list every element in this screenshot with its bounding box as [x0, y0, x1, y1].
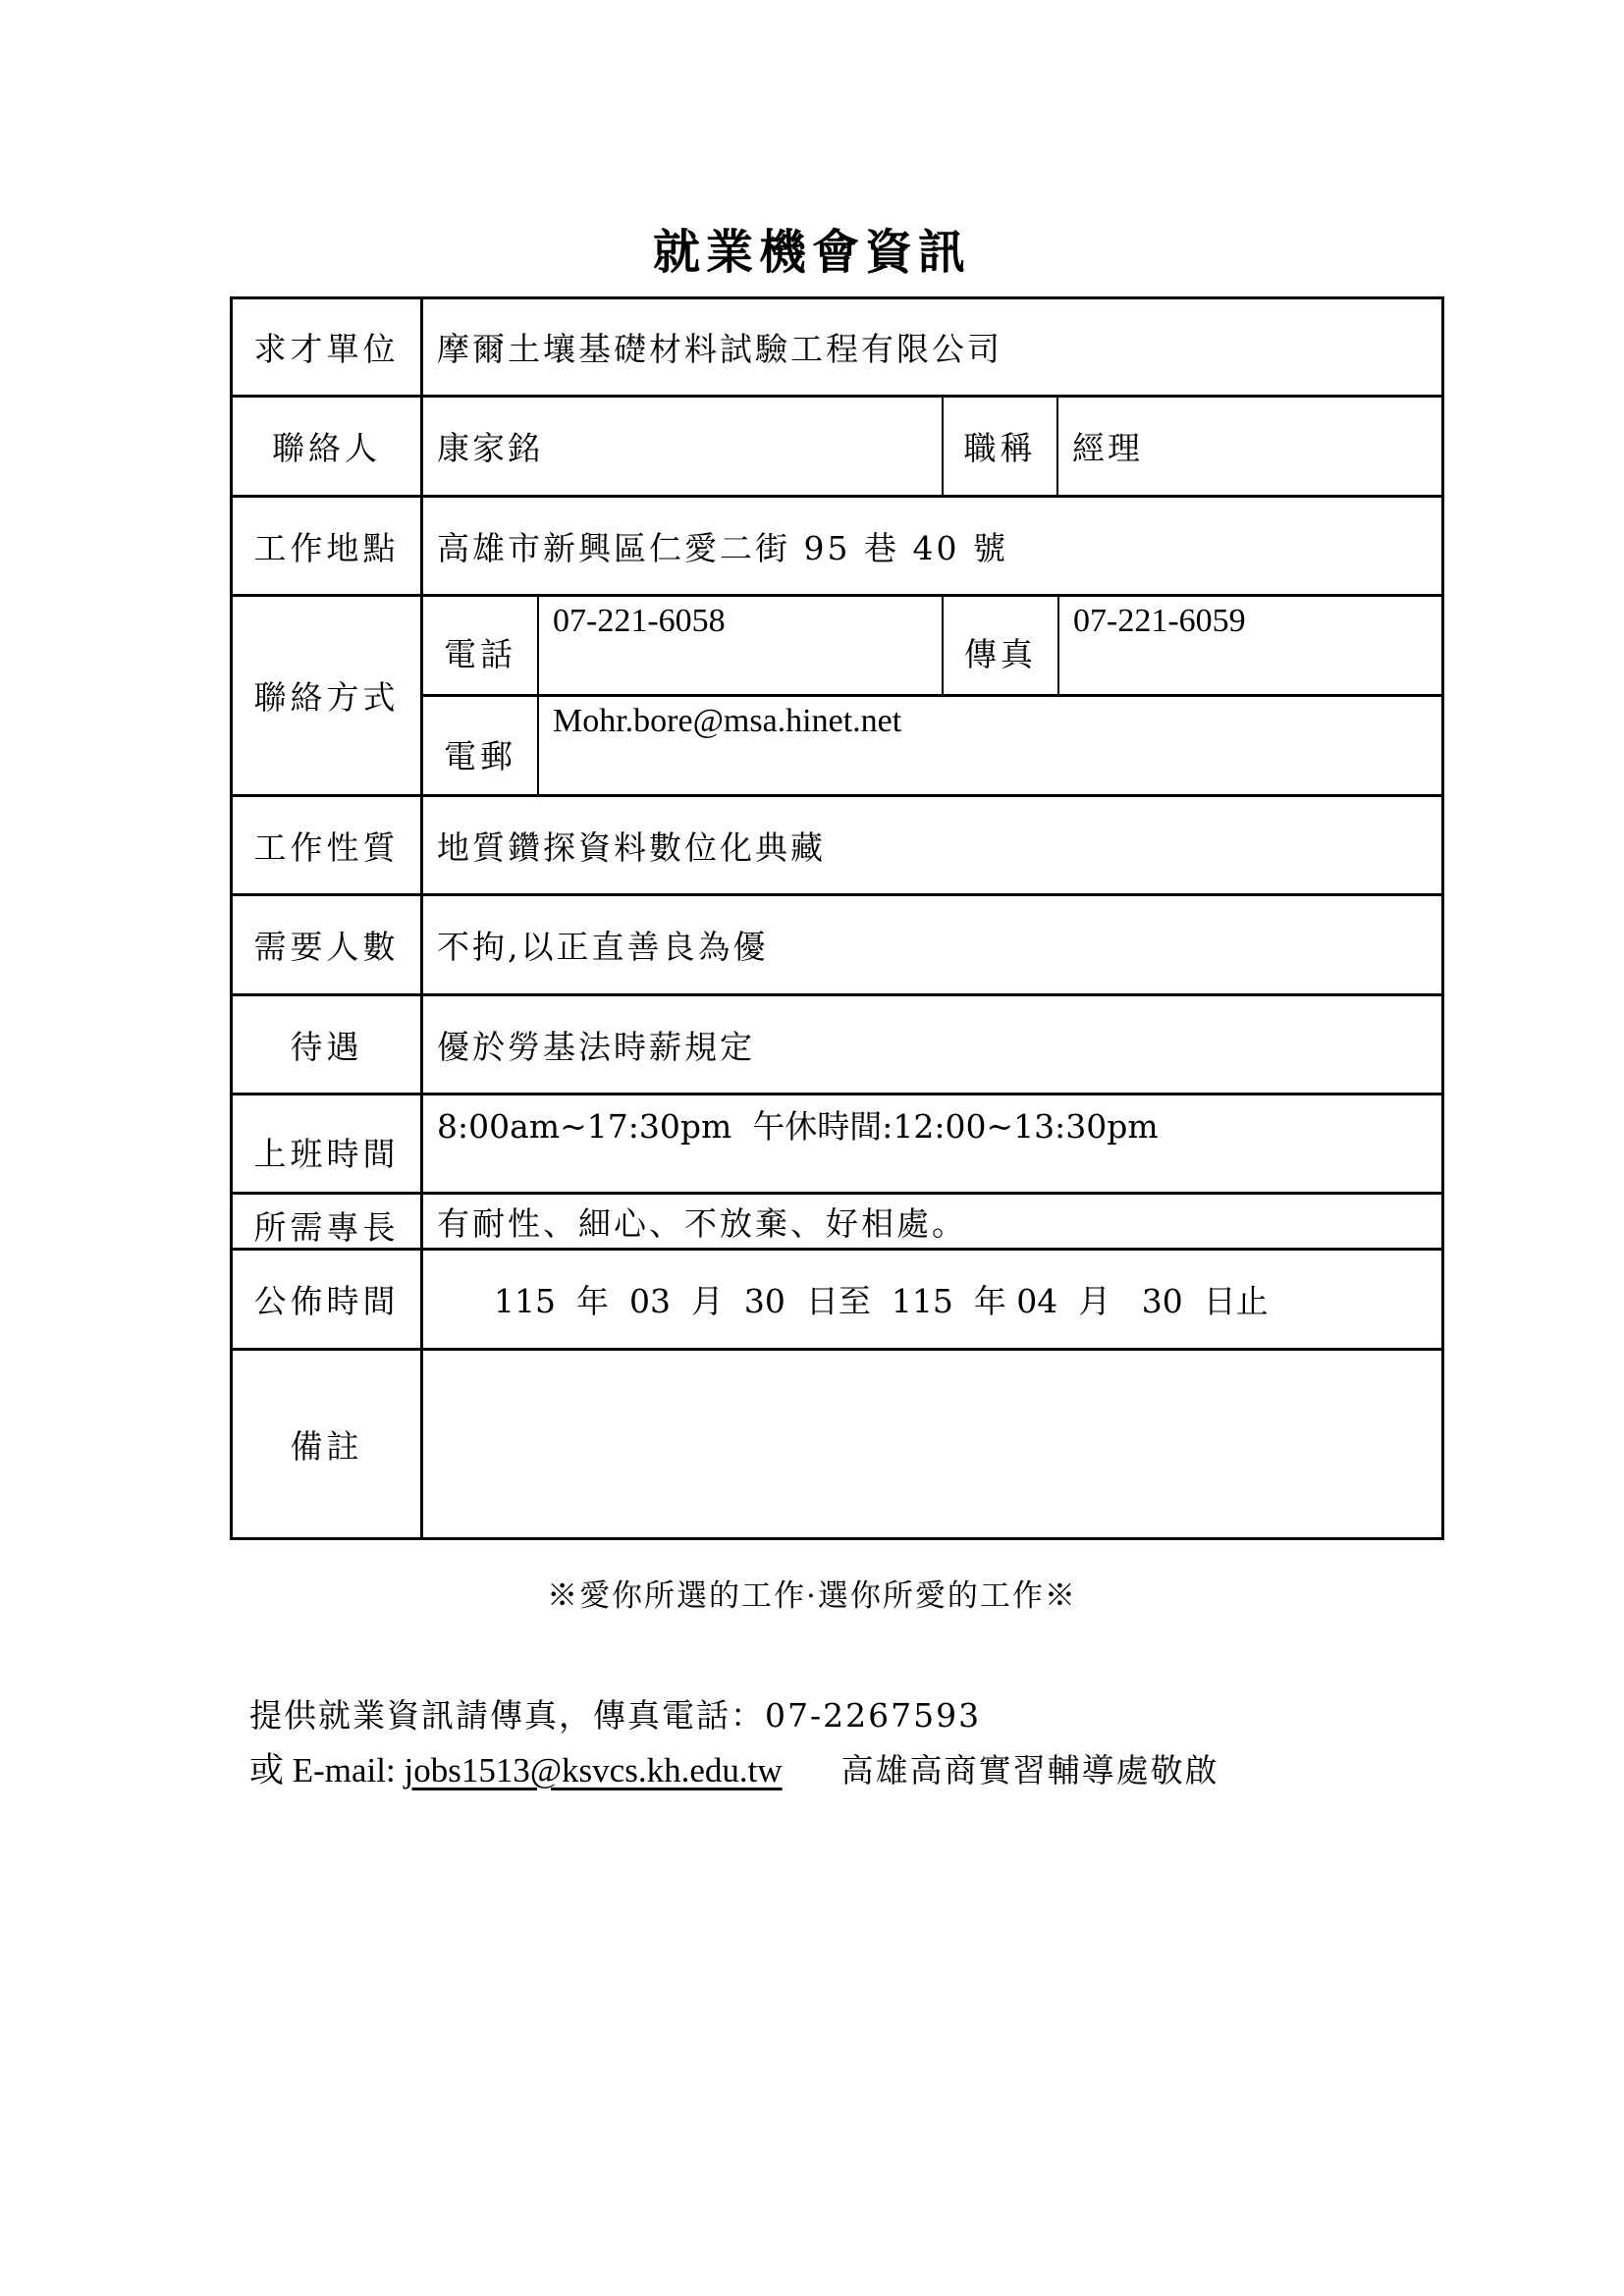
fax-instructions: 提供就業資訊請傳真，傳真電話：07-2267593 [249, 1690, 981, 1736]
label-salary: 待遇 [233, 996, 423, 1093]
value-job-title: 經理 [1058, 398, 1441, 495]
contact-email-link[interactable]: jobs1513@ksvcs.kh.edu.tw [404, 1751, 782, 1789]
value-fax: 07-221-6059 [1059, 597, 1441, 694]
value-skills: 有耐性、細心、不放棄、好相處。 [423, 1195, 1441, 1248]
value-salary: 優於勞基法時薪規定 [423, 996, 1441, 1093]
row-job-nature: 工作性質 地質鑽探資料數位化典藏 [233, 797, 1441, 896]
label-job-nature: 工作性質 [233, 797, 423, 893]
row-skills: 所需專長 有耐性、細心、不放棄、好相處。 [233, 1195, 1441, 1251]
value-phone: 07-221-6058 [539, 597, 944, 694]
value-headcount: 不拘,以正直善良為優 [423, 896, 1441, 993]
label-employer: 求才單位 [233, 299, 423, 395]
value-email[interactable]: Mohr.bore@msa.hinet.net [539, 697, 1441, 797]
row-headcount: 需要人數 不拘,以正直善良為優 [233, 896, 1441, 996]
value-location: 高雄市新興區仁愛二街 95 巷 40 號 [423, 498, 1441, 594]
label-headcount: 需要人數 [233, 896, 423, 993]
label-posting: 公佈時間 [233, 1251, 423, 1348]
row-contact-method: 聯絡方式 電話 07-221-6058 傳真 07-221-6059 電郵 Mo… [233, 597, 1441, 797]
subrow-email: 電郵 Mohr.bore@msa.hinet.net [423, 697, 1441, 797]
label-skills: 所需專長 [233, 1195, 423, 1248]
signature: 高雄高商實習輔導處敬啟 [841, 1751, 1219, 1789]
value-remarks [423, 1351, 1441, 1537]
row-posting: 公佈時間 115 年 03 月 30 日至 115 年 04 月 30 日止 [233, 1251, 1441, 1351]
label-hours: 上班時間 [233, 1095, 423, 1192]
value-hours: 8:00am~17:30pm 午休時間:12:00~13:30pm [423, 1095, 1441, 1192]
label-phone: 電話 [423, 597, 539, 694]
slogan: ※愛你所選的工作·選你所愛的工作※ [0, 1571, 1624, 1615]
row-employer: 求才單位 摩爾土壤基礎材料試驗工程有限公司 [233, 299, 1441, 398]
row-salary: 待遇 優於勞基法時薪規定 [233, 996, 1441, 1095]
page-title: 就業機會資訊 [0, 214, 1624, 282]
label-fax: 傳真 [944, 597, 1059, 694]
email-line: 或 E-mail: jobs1513@ksvcs.kh.edu.tw高雄高商實習… [249, 1743, 1477, 1792]
label-location: 工作地點 [233, 498, 423, 594]
row-location: 工作地點 高雄市新興區仁愛二街 95 巷 40 號 [233, 498, 1441, 597]
label-contact: 聯絡人 [233, 398, 423, 495]
subrow-phone-fax: 電話 07-221-6058 傳真 07-221-6059 [423, 597, 1441, 697]
email-prefix: 或 E-mail: [249, 1751, 404, 1789]
label-email: 電郵 [423, 697, 539, 797]
value-job-nature: 地質鑽探資料數位化典藏 [423, 797, 1441, 893]
label-job-title: 職稱 [944, 398, 1058, 495]
label-contact-method: 聯絡方式 [233, 597, 423, 794]
value-posting: 115 年 03 月 30 日至 115 年 04 月 30 日止 [423, 1251, 1441, 1348]
row-contact: 聯絡人 康家銘 職稱 經理 [233, 398, 1441, 498]
row-hours: 上班時間 8:00am~17:30pm 午休時間:12:00~13:30pm [233, 1095, 1441, 1195]
row-remarks: 備註 [233, 1351, 1441, 1537]
label-remarks: 備註 [233, 1351, 423, 1537]
job-info-table: 求才單位 摩爾土壤基礎材料試驗工程有限公司 聯絡人 康家銘 職稱 經理 工作地點… [230, 296, 1444, 1540]
value-contact: 康家銘 [423, 398, 944, 495]
value-employer: 摩爾土壤基礎材料試驗工程有限公司 [423, 299, 1441, 395]
